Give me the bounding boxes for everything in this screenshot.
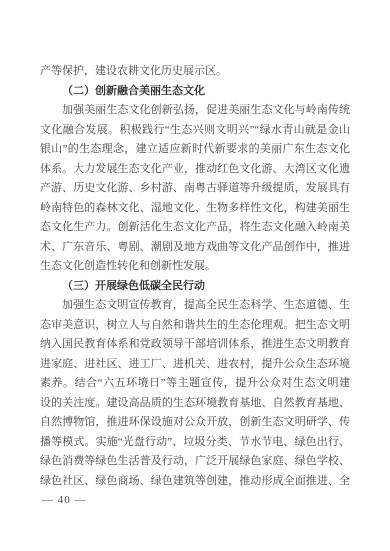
document-page: 产等保护，建设农耕文化历史展示区。 （二）创新融合美丽生态文化 加强美丽生态文化…: [0, 0, 390, 551]
text-line: 纳入国民教育体系和党政领导干部培训体系，推进生态文明教育: [40, 335, 350, 355]
text-line: 设的关注度。建设高品质的生态环境教育基地、自然教育基地、: [40, 394, 350, 414]
section-heading: （二）创新融合美丽生态文化: [40, 82, 350, 102]
text-line: 自然博物馆，推进环保设施对公众开放，创新生态文明研学、传: [40, 413, 350, 433]
text-line: 生态文化创造性转化和创新性发展。: [40, 257, 350, 277]
text-line: 进家庭、进社区、进工厂、进机关、进农村，提升公众生态环境: [40, 355, 350, 375]
text-line: 文化融合发展。积极践行“生态兴则文明兴”“绿水青山就是金山: [40, 121, 350, 141]
text-line: 银山”的生态理念，建立适应新时代新要求的美丽广东生态文化: [40, 140, 350, 160]
text-line: 播等模式。实施“光盘行动”、垃圾分类、节水节电、绿色出行、: [40, 433, 350, 453]
text-line: 体系。大力发展生态文化产业，推动红色文化游、大湾区文化遗: [40, 160, 350, 180]
text-line: 绿色社区、绿色商场、绿色建筑等创建，推动形成全面推进、全: [40, 472, 350, 492]
text-line: 加强生态文明宣传教育，提高全民生态科学、生态道德、生: [40, 296, 350, 316]
text-line: 岭南特色的森林文化、湿地文化、生物多样性文化，构建美丽生: [40, 199, 350, 219]
text-line: 加强美丽生态文化创新弘扬，促进美丽生态文化与岭南传统: [40, 101, 350, 121]
text-line: 产等保护，建设农耕文化历史展示区。: [40, 62, 350, 82]
section-heading: （三）开展绿色低碳全民行动: [40, 277, 350, 297]
document-body: 产等保护，建设农耕文化历史展示区。 （二）创新融合美丽生态文化 加强美丽生态文化…: [40, 62, 350, 491]
text-line: 态审美意识，树立人与自然和谐共生的生态伦理观。把生态文明: [40, 316, 350, 336]
text-line: 绿色消费等绿色生活普及行动，广泛开展绿色家庭、绿色学校、: [40, 452, 350, 472]
text-line: 素养。结合“六五环境日”等主题宣传，提升公众对生态文明建: [40, 374, 350, 394]
text-line: 产游、历史文化游、乡村游、南粤古驿道等升级提质，发展具有: [40, 179, 350, 199]
page-number: — 40 —: [42, 492, 87, 508]
text-line: 态文化生产力。创新活化生态文化产品，将生态文化融入岭南美: [40, 218, 350, 238]
text-line: 术、广东音乐、粤剧、潮剧及地方戏曲等文化产品创作中，推进: [40, 238, 350, 258]
